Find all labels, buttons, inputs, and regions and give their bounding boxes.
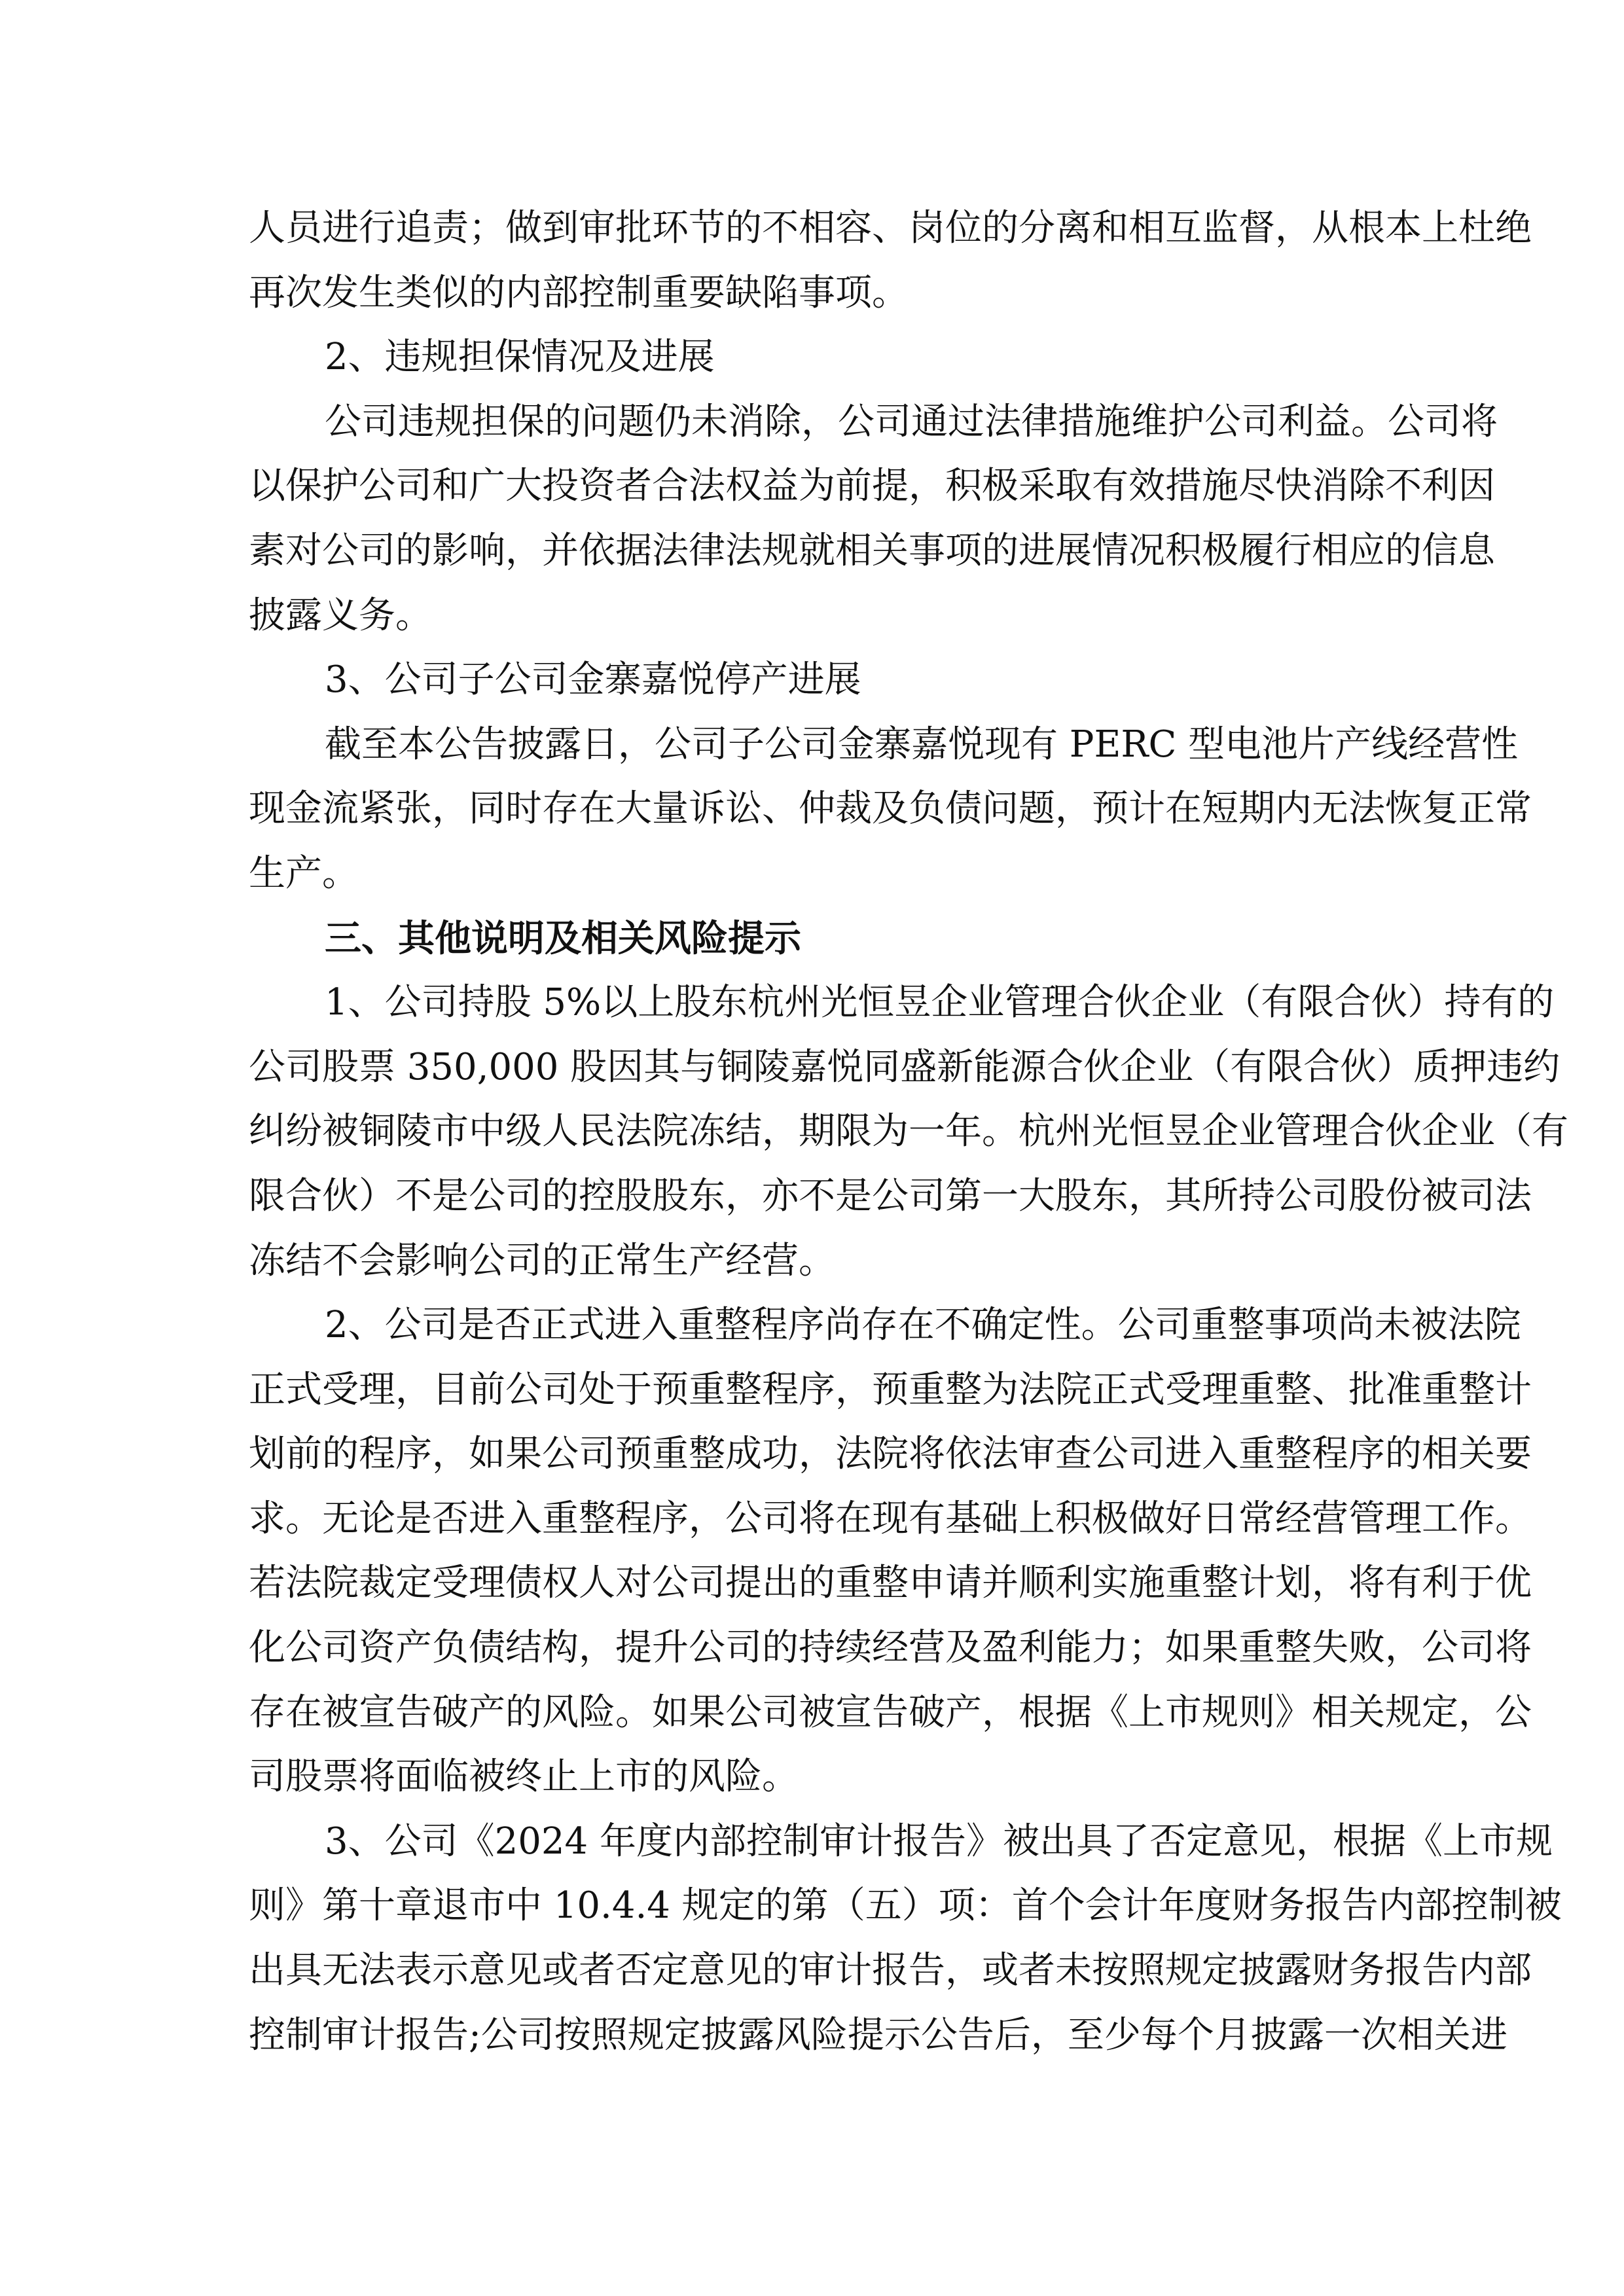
paragraph-line: 截至本公告披露日，公司子公司金寨嘉悦现有 PERC 型电池片产线经营性 <box>249 713 1388 778</box>
paragraph-line: 3、公司《2024 年度内部控制审计报告》被出具了否定意见，根据《上市规 <box>249 1810 1388 1874</box>
paragraph-line: 存在被宣告破产的风险。如果公司被宣告破产，根据《上市规则》相关规定，公 <box>249 1681 1388 1746</box>
paragraph-line: 若法院裁定受理债权人对公司提出的重整申请并顺利实施重整计划，将有利于优 <box>249 1551 1388 1616</box>
paragraph-line: 司股票将面临被终止上市的风险。 <box>249 1745 1388 1810</box>
document-page: 人员进行追责；做到审批环节的不相容、岗位的分离和相互监督，从根本上杜绝 再次发生… <box>0 0 1624 2296</box>
paragraph-line: 划前的程序，如果公司预重整成功，法院将依法审查公司进入重整程序的相关要 <box>249 1422 1388 1487</box>
paragraph-line: 则》第十章退市中 10.4.4 规定的第（五）项：首个会计年度财务报告内部控制被 <box>249 1874 1388 1939</box>
paragraph-line: 化公司资产负债结构，提升公司的持续经营及盈利能力；如果重整失败，公司将 <box>249 1616 1388 1681</box>
paragraph-line: 公司违规担保的问题仍未消除，公司通过法律措施维护公司利益。公司将 <box>249 390 1388 455</box>
paragraph-line: 再次发生类似的内部控制重要缺陷事项。 <box>249 261 1388 326</box>
paragraph-line: 人员进行追责；做到审批环节的不相容、岗位的分离和相互监督，从根本上杜绝 <box>249 196 1388 261</box>
paragraph-line: 冻结不会影响公司的正常生产经营。 <box>249 1229 1388 1294</box>
section-heading-risks: 三、其他说明及相关风险提示 <box>249 906 1388 971</box>
paragraph-line: 出具无法表示意见或者否定意见的审计报告，或者未按照规定披露财务报告内部 <box>249 1939 1388 2003</box>
document-body: 人员进行追责；做到审批环节的不相容、岗位的分离和相互监督，从根本上杜绝 再次发生… <box>249 196 1388 2068</box>
paragraph-line: 控制审计报告;公司按照规定披露风险提示公告后，至少每个月披露一次相关进 <box>249 2003 1388 2068</box>
subheading-subsidiary: 3、公司子公司金寨嘉悦停产进展 <box>249 648 1388 713</box>
paragraph-line: 纠纷被铜陵市中级人民法院冻结，期限为一年。杭州光恒昱企业管理合伙企业（有 <box>249 1100 1388 1164</box>
paragraph-line: 素对公司的影响，并依据法律法规就相关事项的进展情况积极履行相应的信息 <box>249 519 1388 584</box>
paragraph-line: 正式受理，目前公司处于预重整程序，预重整为法院正式受理重整、批准重整计 <box>249 1358 1388 1423</box>
paragraph-line: 求。无论是否进入重整程序，公司将在现有基础上积极做好日常经营管理工作。 <box>249 1487 1388 1552</box>
paragraph-line: 2、公司是否正式进入重整程序尚存在不确定性。公司重整事项尚未被法院 <box>249 1293 1388 1358</box>
paragraph-line: 披露义务。 <box>249 584 1388 649</box>
subheading-guarantee: 2、违规担保情况及进展 <box>249 325 1388 390</box>
paragraph-line: 限合伙）不是公司的控股股东，亦不是公司第一大股东，其所持公司股份被司法 <box>249 1164 1388 1229</box>
paragraph-line: 1、公司持股 5%以上股东杭州光恒昱企业管理合伙企业（有限合伙）持有的 <box>249 971 1388 1035</box>
paragraph-line: 公司股票 350,000 股因其与铜陵嘉悦同盛新能源合伙企业（有限合伙）质押违约 <box>249 1035 1388 1100</box>
paragraph-line: 以保护公司和广大投资者合法权益为前提，积极采取有效措施尽快消除不利因 <box>249 454 1388 519</box>
paragraph-line: 现金流紧张，同时存在大量诉讼、仲裁及负债问题，预计在短期内无法恢复正常 <box>249 777 1388 842</box>
paragraph-line: 生产。 <box>249 842 1388 906</box>
